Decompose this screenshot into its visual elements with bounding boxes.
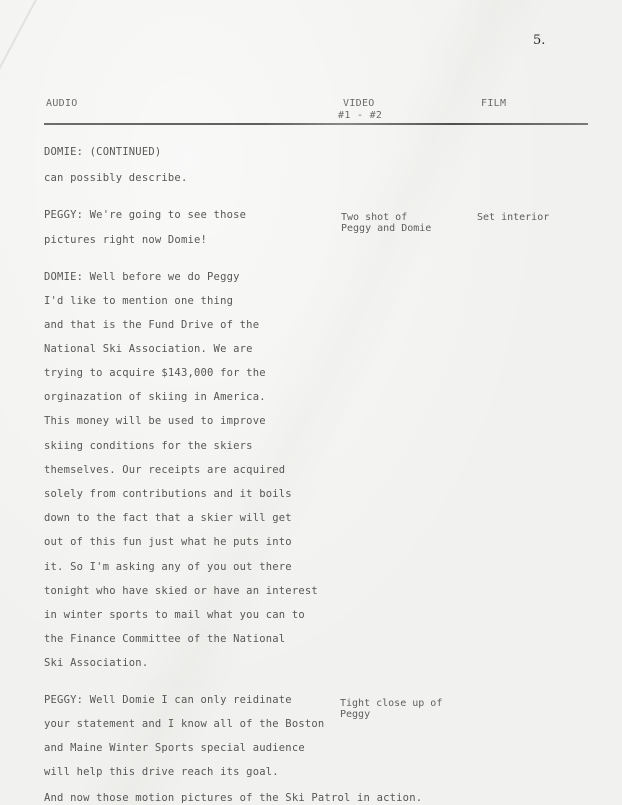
audio-line: down to the fact that a skier will get [44, 512, 292, 524]
audio-line: PEGGY: Well Domie I can only reidinate [44, 694, 292, 706]
column-header-film: FILM [481, 98, 506, 109]
audio-line: it. So I'm asking any of you out there [44, 561, 292, 573]
audio-line: National Ski Association. We are [44, 343, 253, 355]
audio-line: pictures right now Domie! [44, 234, 207, 246]
audio-line: themselves. Our receipts are acquired [44, 464, 285, 476]
audio-line: tonight who have skied or have an intere… [44, 585, 318, 597]
audio-line: I'd like to mention one thing [44, 295, 233, 307]
audio-line: DOMIE: (CONTINUED) [44, 146, 161, 158]
audio-line: And now those motion pictures of the Ski… [44, 792, 422, 804]
video-cue: Two shot of Peggy and Domie [341, 212, 431, 234]
script-page: 5. AUDIO VIDEO #1 - #2 FILM DOMIE: (CONT… [0, 0, 622, 805]
audio-line: can possibly describe. [44, 172, 187, 184]
header-rule [44, 123, 588, 125]
video-cue: Tight close up of Peggy [340, 698, 442, 720]
audio-line: out of this fun just what he puts into [44, 536, 292, 548]
audio-line: and Maine Winter Sports special audience [44, 742, 305, 754]
column-header-audio: AUDIO [46, 98, 78, 109]
audio-line: will help this drive reach its goal. [44, 766, 279, 778]
film-cue: Set interior [477, 212, 549, 223]
audio-line: skiing conditions for the skiers [44, 440, 253, 452]
column-header-video: VIDEO [343, 98, 375, 109]
audio-line: your statement and I know all of the Bos… [44, 718, 324, 730]
audio-line: DOMIE: Well before we do Peggy [44, 271, 240, 283]
audio-line: Ski Association. [44, 657, 148, 669]
audio-line: trying to acquire $143,000 for the [44, 367, 266, 379]
audio-line: and that is the Fund Drive of the [44, 319, 259, 331]
paper-crease [0, 0, 42, 132]
audio-line: This money will be used to improve [44, 415, 266, 427]
audio-line: solely from contributions and it boils [44, 488, 292, 500]
audio-line: orginazation of skiing in America. [44, 391, 266, 403]
column-header-video-cameras: #1 - #2 [338, 110, 382, 121]
audio-line: the Finance Committee of the National [44, 633, 285, 645]
audio-line: in winter sports to mail what you can to [44, 609, 305, 621]
page-number: 5. [533, 33, 545, 48]
audio-line: PEGGY: We're going to see those [44, 209, 246, 221]
